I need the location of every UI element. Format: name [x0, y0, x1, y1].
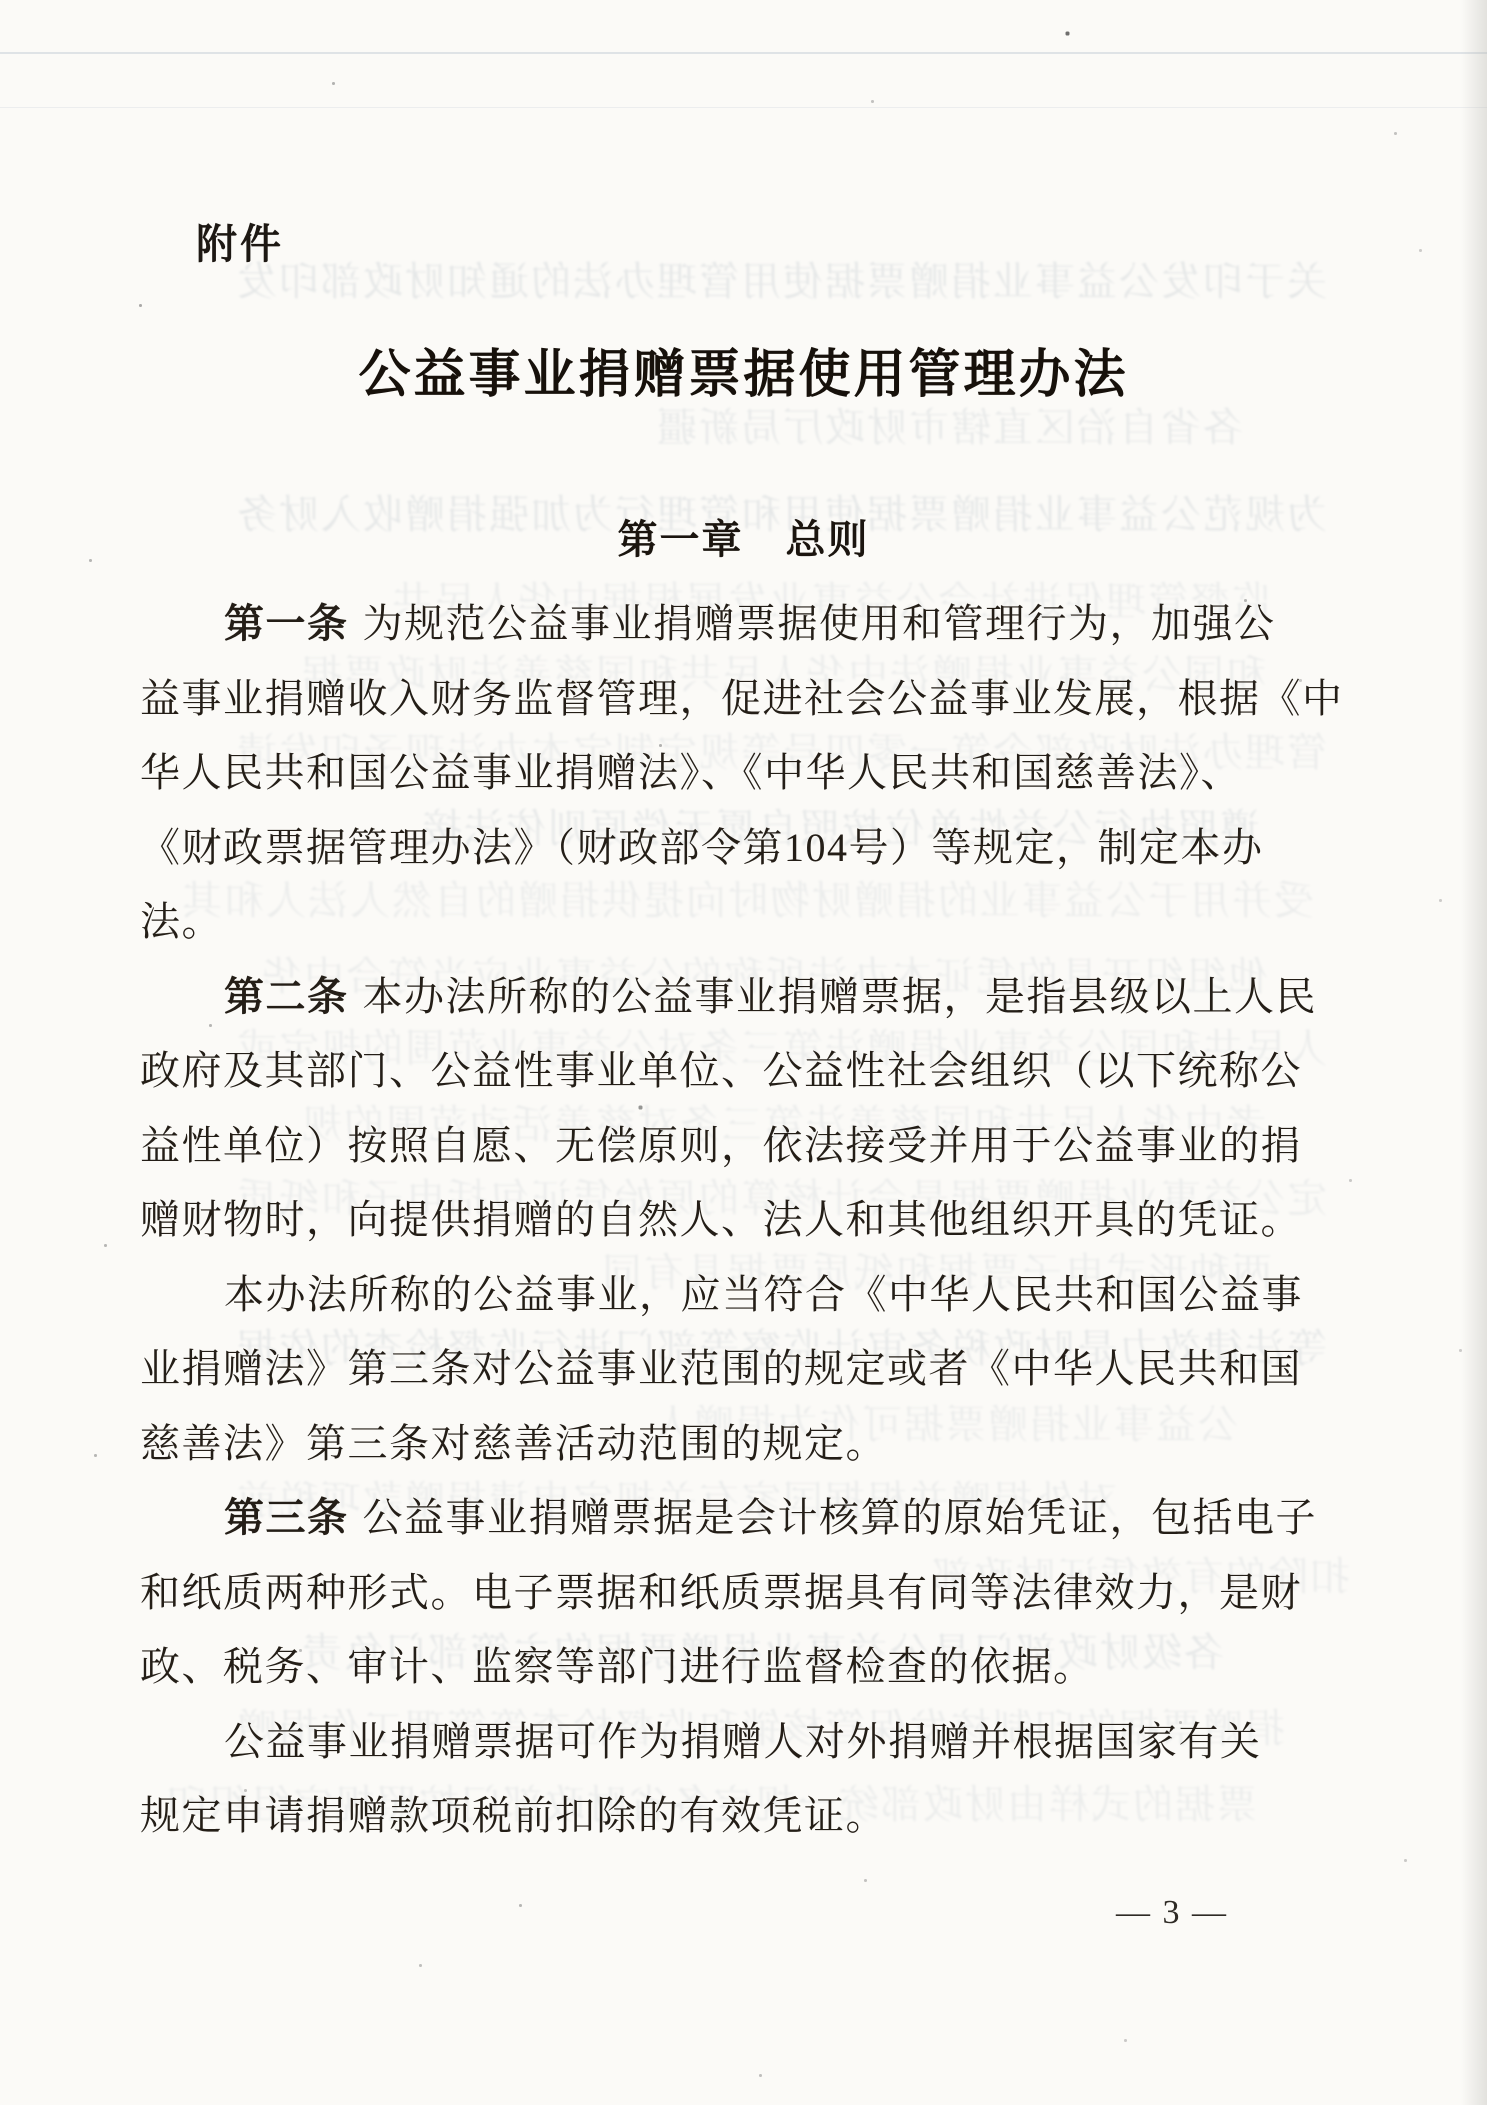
attachment-label: 附件: [196, 211, 284, 270]
body-line: 第二条本办法所称的公益事业捐赠票据，是指县级以上人民: [140, 960, 1330, 1035]
body-line: 和纸质两种形式。电子票据和纸质票据具有同等法律效力，是财: [140, 1556, 1330, 1631]
chapter-heading: 第一章 总则: [0, 508, 1487, 565]
body-line: 本办法所称的公益事业，应当符合《中华人民共和国公益事: [140, 1258, 1330, 1333]
body-line: 政府及其部门、公益性事业单位、公益性社会组织（以下统称公: [140, 1034, 1330, 1109]
body-line: 第一条为规范公益事业捐赠票据使用和管理行为，加强公: [140, 587, 1330, 662]
article-number: 第二条: [224, 975, 349, 1019]
body-text: 第一条为规范公益事业捐赠票据使用和管理行为，加强公益事业捐赠收入财务监督管理，促…: [140, 587, 1330, 1854]
body-line: 第三条公益事业捐赠票据是会计核算的原始凭证，包括电子: [140, 1481, 1330, 1556]
body-line: 公益事业捐赠票据可作为捐赠人对外捐赠并根据国家有关: [140, 1705, 1330, 1780]
page-number: — 3 —: [1116, 1894, 1228, 1932]
body-line: 慈善法》第三条对慈善活动范围的规定。: [140, 1407, 1330, 1482]
body-line: 《财政票据管理办法》（财政部令第104号）等规定，制定本办: [140, 811, 1330, 886]
scanned-page: 关于印发公益事业捐赠票据使用管理办法的通知财政部印发各省自治区直辖市财政厅局新疆…: [0, 0, 1487, 2105]
document-title: 公益事业捐赠票据使用管理办法: [0, 332, 1487, 407]
body-line: 华人民共和国公益事业捐赠法》、《中华人民共和国慈善法》、: [140, 736, 1330, 811]
article-number: 第三条: [224, 1496, 349, 1540]
body-line: 规定申请捐赠款项税前扣除的有效凭证。: [140, 1779, 1330, 1854]
body-line: 益性单位）按照自愿、无偿原则，依法接受并用于公益事业的捐: [140, 1109, 1330, 1184]
bleedthrough-text: 关于印发公益事业捐赠票据使用管理办法的通知财政部印发: [235, 250, 1327, 307]
body-line: 法。: [140, 885, 1330, 960]
article-number: 第一条: [224, 602, 349, 646]
body-line: 业捐赠法》第三条对公益事业范围的规定或者《中华人民共和国: [140, 1332, 1330, 1407]
body-line: 赠财物时，向提供捐赠的自然人、法人和其他组织开具的凭证。: [140, 1183, 1330, 1258]
scan-speckles: [0, 0, 1, 1]
body-line: 政、税务、审计、监察等部门进行监督检查的依据。: [140, 1630, 1330, 1705]
body-line: 益事业捐赠收入财务监督管理，促进社会公益事业发展，根据《中: [140, 662, 1330, 737]
